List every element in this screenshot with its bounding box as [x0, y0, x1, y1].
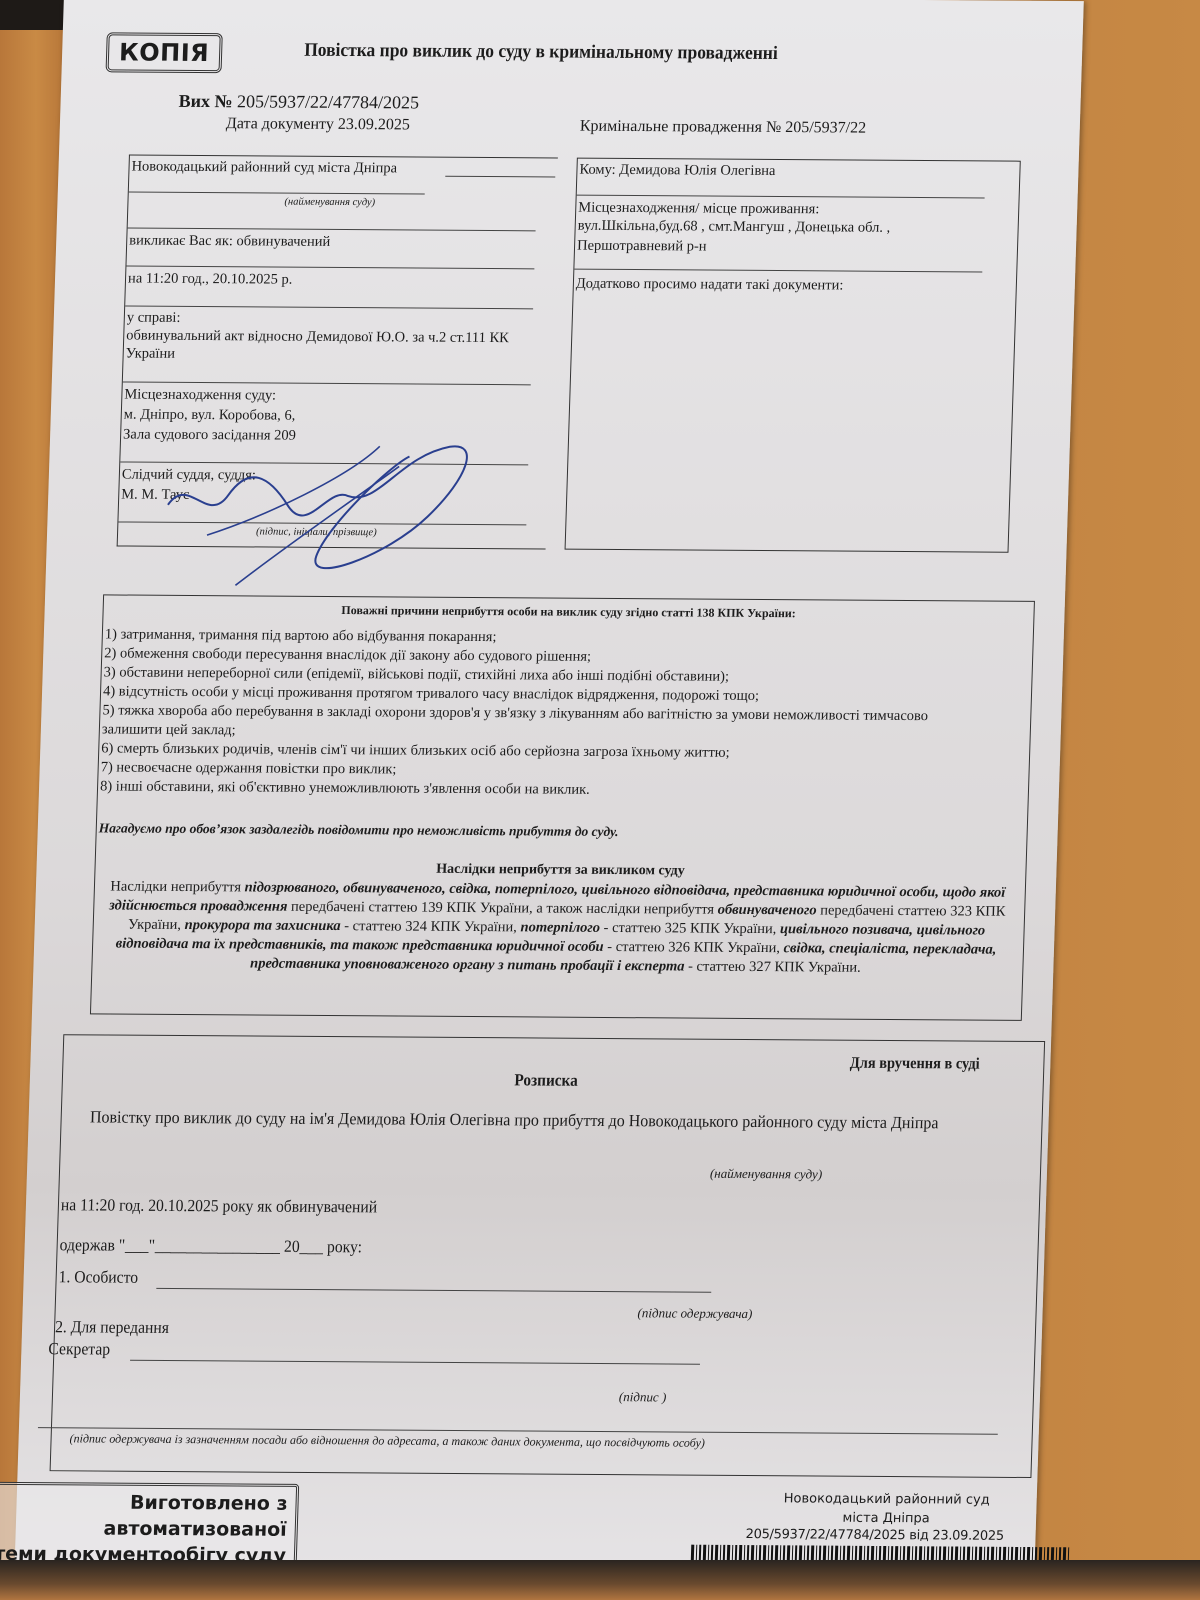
- secretary-signature-line[interactable]: [130, 1360, 700, 1365]
- reasons-list: 1) затримання, тримання під вартою або в…: [100, 625, 985, 802]
- recipient-address-label: Місцезнаходження/ місце проживання:: [578, 199, 820, 219]
- receipt-datetime: на 11:20 год. 20.10.2025 року як обвинув…: [61, 1195, 378, 1217]
- court-info-panel: Новокодацький районний суд міста Дніпра …: [117, 154, 558, 549]
- court-name-caption: (найменування суду): [284, 197, 375, 209]
- divider: [125, 305, 533, 309]
- summons-role: викликає Вас як: обвинувачений: [129, 232, 331, 251]
- consequences-text: Наслідки неприбуття підозрюваного, обвин…: [94, 877, 1019, 978]
- for-court-label: Для вручення в суді: [849, 1055, 979, 1074]
- receipt-received-date: одержав "___"________________ 20___ року…: [59, 1235, 362, 1257]
- signature-caption: (підпис, ініціали, прізвище): [256, 526, 377, 538]
- consequence-text: - статтею 324 КПК України,: [340, 918, 520, 935]
- judge-label: Слідчий суддя, суддя:: [122, 465, 257, 484]
- reminder-text: Нагадуємо про обов’язок заздалегідь пові…: [99, 820, 619, 840]
- document-reference: 205/5937/22/47784/2025 від 23.09.2025: [745, 1527, 1004, 1544]
- recipient-signature-caption: (підпис одержувача): [637, 1305, 752, 1322]
- reasons-header: Поважні причини неприбуття особи на викл…: [103, 601, 1033, 622]
- auto-stamp-line1: Виготовлено з автоматизованої: [0, 1488, 288, 1542]
- recipient-panel: Кому: Демидова Юлія Олегівна Місцезнаход…: [565, 158, 1021, 553]
- document-date: Дата документу 23.09.2025: [226, 115, 410, 134]
- recipient-name: Кому: Демидова Юлія Олегівна: [579, 161, 776, 180]
- receipt-title: Розписка: [514, 1070, 578, 1090]
- document-title: Повістка про виклик до суду в кримінальн…: [304, 40, 778, 65]
- outgoing-number-value: 205/5937/22/47784/2025: [237, 91, 420, 112]
- consequence-text: - статтею 325 КПК України,: [600, 920, 780, 937]
- summons-document: КОПІЯ Повістка про виклик до суду в крим…: [14, 0, 1084, 1591]
- reason-item: 5) тяжка хвороба або перебування в закла…: [102, 701, 983, 745]
- outgoing-number-label: Вих №: [178, 91, 233, 111]
- consequence-text: - статтею 327 КПК України.: [684, 959, 861, 976]
- consequence-text: - статтею 326 КПК України,: [603, 939, 783, 956]
- receipt-court-caption: (найменування суду): [710, 1166, 823, 1183]
- outgoing-number: Вих № 205/5937/22/47784/2025: [178, 91, 419, 114]
- court-address: м. Дніпро, вул. Коробова, 6,: [124, 405, 296, 424]
- case-label: у справі:: [127, 309, 181, 327]
- divider: [574, 269, 982, 273]
- personal-signature-line[interactable]: [156, 1288, 711, 1293]
- court-name-rule-2: [129, 191, 425, 194]
- judge-name: М. М. Таус: [121, 485, 190, 503]
- secretary-signature-caption: (підпис ): [619, 1389, 667, 1405]
- consequence-text: Наслідки неприбуття: [110, 878, 245, 895]
- criminal-case-number: Кримінальне провадження № 205/5937/22: [580, 118, 867, 138]
- divider: [126, 265, 534, 269]
- receipt-section: Для вручення в суді Розписка Повістку пр…: [50, 1034, 1046, 1478]
- consequence-text: передбачені статтею 139 КПК України, а т…: [287, 899, 718, 918]
- divider: [128, 227, 536, 231]
- recipient-address-line1: вул.Шкільна,буд.68 , смт.Мангуш , Донець…: [577, 217, 890, 237]
- consequence-emphasis: потерпілого: [520, 919, 600, 936]
- divider: [123, 381, 531, 385]
- recipient-address-line2: Першотравневий р-н: [577, 237, 707, 256]
- reasons-for-absence-section: Поважні причини неприбуття особи на викл…: [90, 594, 1035, 1020]
- receipt-for-transfer: 2. Для передання: [55, 1317, 170, 1338]
- receipt-text: Повістку про виклик до суду на ім'я Деми…: [63, 1107, 1041, 1134]
- courtroom: Зала судового засідання 209: [123, 425, 296, 444]
- court-location-label: Місцезнаходження суду:: [124, 386, 276, 405]
- court-mark: Новокодацький районний суд міста Дніпра: [736, 1489, 1037, 1529]
- court-name-rule: [445, 176, 555, 178]
- receipt-secretary: Секретар: [48, 1339, 110, 1359]
- desk-surface: [0, 1560, 1200, 1600]
- consequence-emphasis: обвинуваченого: [717, 902, 816, 919]
- divider: [118, 521, 526, 525]
- case-description: обвинувальний акт відносно Демидової Ю.О…: [125, 327, 552, 366]
- hearing-datetime: на 11:20 год., 20.10.2025 р.: [128, 270, 293, 289]
- dark-background-corner: [0, 0, 70, 30]
- divider: [120, 461, 528, 465]
- bottom-signature-caption: (підпис одержувача із зазначенням посади…: [69, 1431, 705, 1450]
- copy-stamp: КОПІЯ: [106, 32, 223, 73]
- documents-request: Додатково просимо надати такі документи:: [576, 275, 844, 295]
- consequence-emphasis: прокурора та захисника: [184, 917, 340, 934]
- receipt-personally: 1. Особисто: [58, 1267, 138, 1288]
- court-name: Новокодацький районний суд міста Дніпра: [131, 158, 397, 178]
- divider: [577, 195, 985, 199]
- court-mark-line2: міста Дніпра: [736, 1508, 1037, 1529]
- court-mark-line1: Новокодацький районний суд: [736, 1489, 1037, 1510]
